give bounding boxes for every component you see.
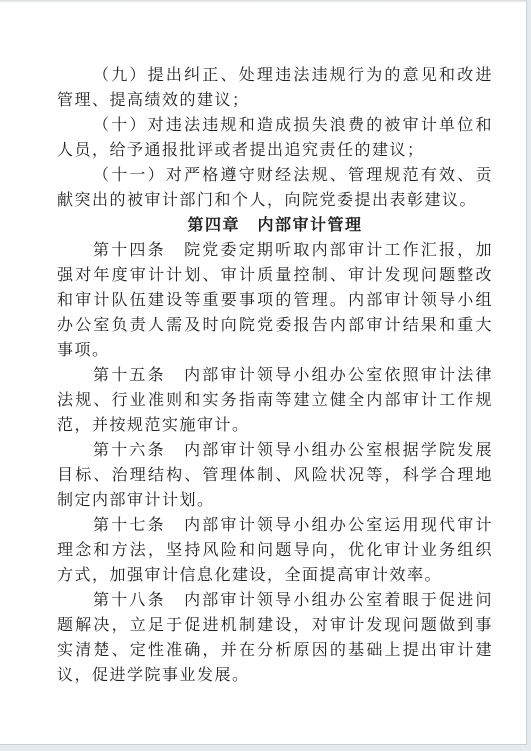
paragraph-item-10: （十）对违法违规和造成损失浪费的被审计单位和人员，给予通报批评或者提出追究责任的… (57, 113, 493, 163)
paragraph-article-16: 第十六条 内部审计领导小组办公室根据学院发展目标、治理结构、管理体制、风险状况等… (57, 438, 493, 513)
paragraph-item-9: （九）提出纠正、处理违法违规行为的意见和改进管理、提高绩效的建议； (57, 63, 493, 113)
paragraph-article-17: 第十七条 内部审计领导小组办公室运用现代审计理念和方法，坚持风险和问题导向，优化… (57, 513, 493, 588)
paragraph-article-18: 第十八条 内部审计领导小组办公室着眼于促进问题解决，立足于促进机制建设，对审计发… (57, 588, 493, 688)
document-content: （九）提出纠正、处理违法违规行为的意见和改进管理、提高绩效的建议； （十）对违法… (57, 63, 493, 688)
paragraph-article-14: 第十四条 院党委定期听取内部审计工作汇报，加强对年度审计计划、审计质量控制、审计… (57, 238, 493, 363)
paragraph-item-11: （十一）对严格遵守财经法规、管理规范有效、贡献突出的被审计部门和个人，向院党委提… (57, 163, 493, 213)
document-page: （九）提出纠正、处理违法违规行为的意见和改进管理、提高绩效的建议； （十）对违法… (0, 0, 527, 745)
chapter-heading: 第四章 内部审计管理 (57, 213, 493, 238)
paragraph-article-15: 第十五条 内部审计领导小组办公室依照审计法律法规、行业准则和实务指南等建立健全内… (57, 363, 493, 438)
